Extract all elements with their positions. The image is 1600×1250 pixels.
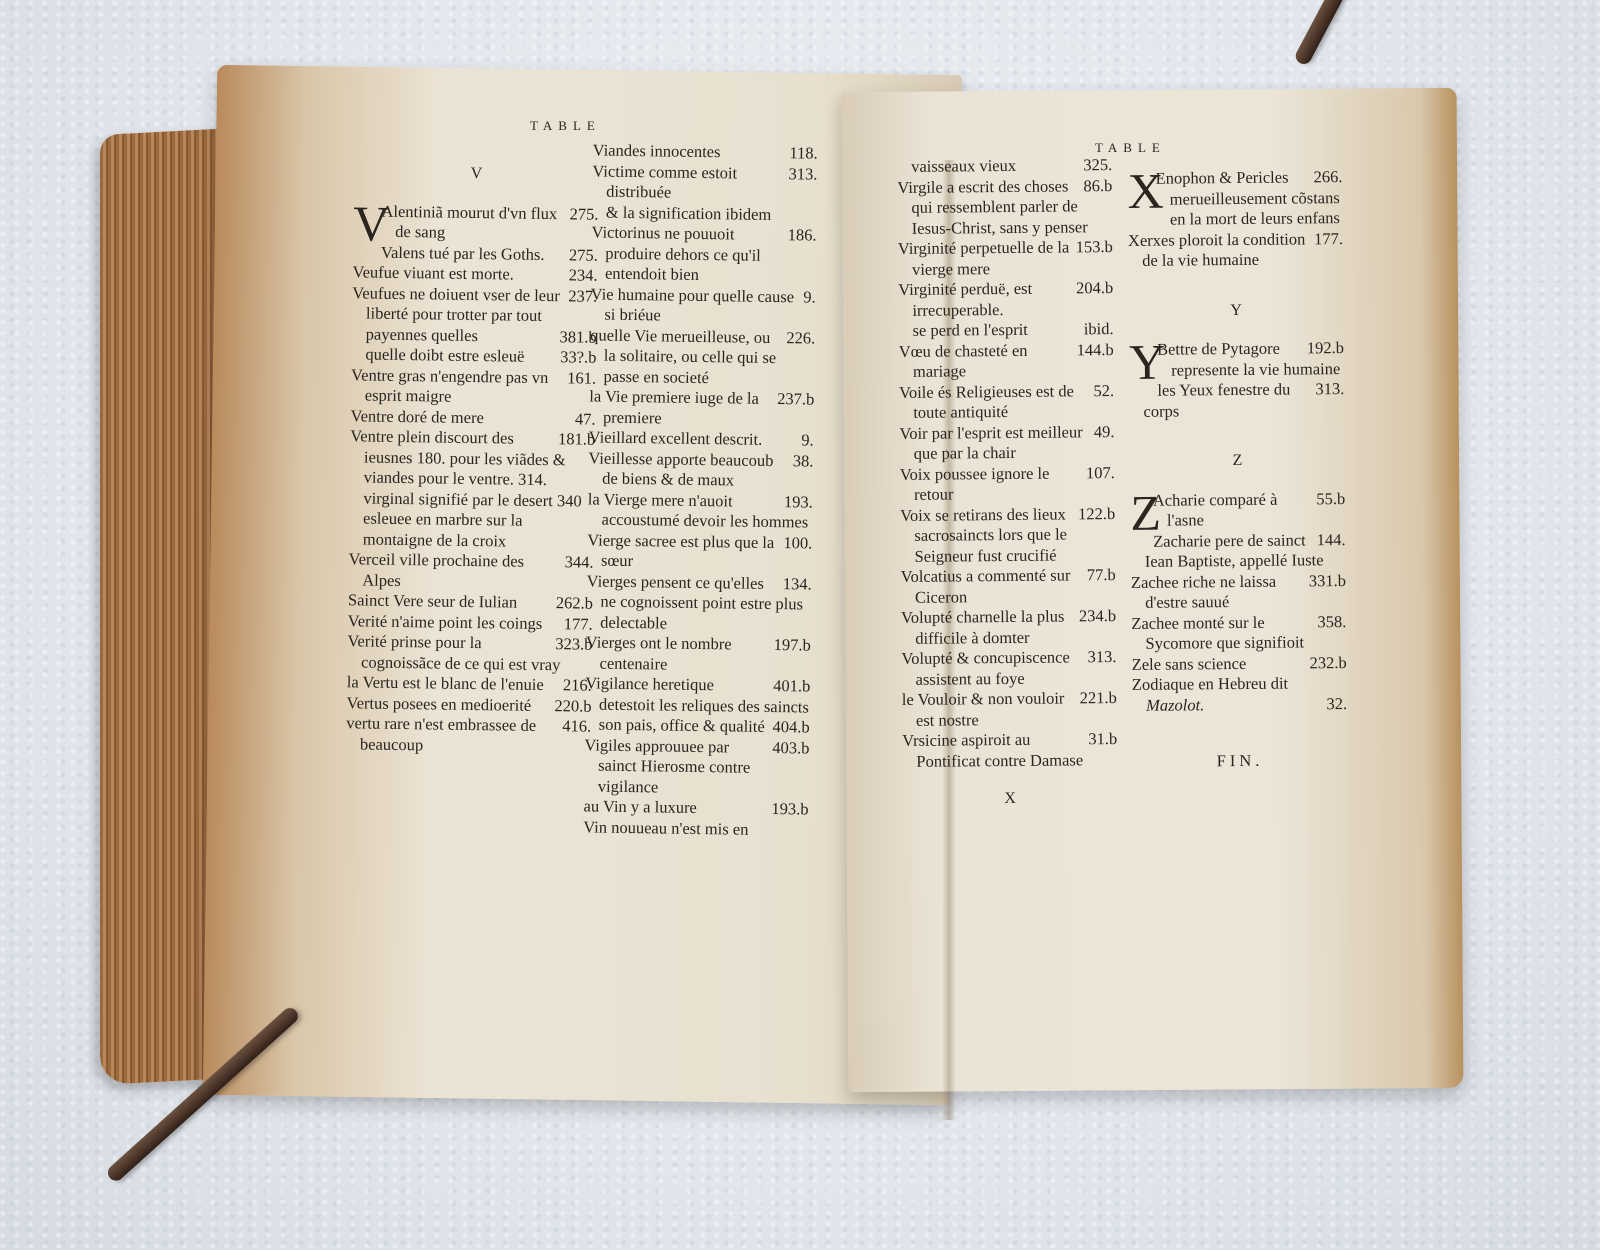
index-entry: X266.Enophon & Pericles merueilleusement…: [1127, 167, 1343, 230]
page-reference: 52.: [1093, 381, 1114, 402]
index-entry: 325.vaisseaux vieux: [897, 155, 1112, 177]
entry-text: se perd en l'esprit: [913, 320, 1028, 340]
entry-text: Vertus posees en medioerité: [346, 693, 531, 715]
page-reference: 144.: [1317, 530, 1346, 551]
page-reference: 55.b: [1316, 489, 1345, 510]
index-entry: 122.bVoix se retirans des lieux sacrosai…: [900, 504, 1116, 567]
index-entry: 358.Zachee monté sur le Sycomore que sig…: [1131, 612, 1346, 655]
index-entries: V275.Alentiniã mourut d'vn flux de sang2…: [346, 201, 599, 758]
entry-text: Zele sans science: [1132, 653, 1247, 673]
index-entry: 107.Voix poussee ignore le retour: [900, 463, 1115, 506]
page-reference: 177.: [1314, 229, 1343, 250]
right-page-column-2: X266.Enophon & Pericles merueilleusement…: [1127, 167, 1347, 772]
page-reference: 226.: [786, 328, 815, 349]
index-entry: 323.bVerité prinse pour la cognoissãce d…: [347, 631, 593, 675]
index-entry: 100.Vierge sacree est plus que la sœur: [587, 530, 813, 574]
index-entry: 237.bla Vie premiere iuge de la premiere: [589, 386, 815, 430]
entry-text: Alentiniã mourut d'vn flux de sang: [381, 201, 557, 241]
entry-text: & la signification ibidem: [606, 202, 772, 223]
index-entry: 237.Veufues ne doiuent vser de leur libe…: [352, 283, 598, 327]
entry-text: Volupté & concupiscence assistent au foy…: [901, 647, 1069, 688]
page-reference: 403.b: [772, 738, 809, 759]
entry-text: vaisseaux vieux: [911, 156, 1016, 176]
index-entry: 416.vertu rare n'est embrassee de beauco…: [346, 713, 592, 757]
entry-text: Ventre gras n'engendre pas vn esprit mai…: [351, 365, 548, 406]
entry-text: la Vertu est le blanc de l'enuie: [347, 672, 544, 694]
closing-fin: FIN.: [1132, 750, 1347, 772]
entry-text: Vierge sacree est plus que la sœur: [587, 530, 774, 570]
page-reference: 122.b: [1078, 504, 1115, 525]
entry-text: Victime comme estoit distribuée: [592, 161, 737, 202]
index-entry: 134.Vierges pensent ce qu'elles ne cogno…: [586, 571, 812, 636]
index-entry: 313.Victime comme estoit distribuée: [592, 161, 818, 205]
page-reference: 32.: [1326, 694, 1347, 715]
page-reference: 331.b: [1309, 571, 1346, 592]
y-entries: Y192.bBettre de Pytagore represente la v…: [1129, 338, 1345, 422]
entry-text: Voix se retirans des lieux sacrosaincts …: [900, 504, 1067, 565]
entry-text: Veufue viuant est morte.: [352, 262, 514, 283]
entry-text: Vieillesse apporte beaucoub de biens & d…: [588, 448, 773, 490]
page-reference: 107.: [1086, 463, 1115, 484]
index-entry: V275.Alentiniã mourut d'vn flux de sang: [353, 201, 599, 245]
index-entries: 325.vaisseaux vieux86.bVirgile a escrit …: [897, 155, 1117, 772]
index-entry: 77.bVolcatius a commenté sur Ciceron: [901, 565, 1116, 608]
index-entry: 38.Vieillesse apporte beaucoub de biens …: [588, 448, 814, 492]
page-reference: 38.: [793, 451, 814, 472]
entry-text: Zodiaque en Hebreu dit: [1132, 674, 1288, 694]
entry-text: Verité prinse pour la cognoissãce de ce …: [347, 631, 560, 673]
entry-text: Enophon & Pericles merueilleusement cõst…: [1155, 168, 1340, 229]
entry-text: Victorinus ne pouuoit produire dehors ce…: [591, 222, 761, 284]
page-reference: 237.b: [777, 389, 814, 410]
entry-text: Vin nouueau n'est mis en: [583, 817, 748, 838]
index-entry: 313.Volupté & concupiscence assistent au…: [901, 647, 1116, 690]
index-entry: 186.Victorinus ne pouuoit produire dehor…: [591, 222, 817, 287]
page-reference: 192.b: [1307, 338, 1344, 359]
right-page-column-1: 325.vaisseaux vieux86.bVirgile a escrit …: [897, 155, 1118, 828]
section-letter-x: X: [903, 788, 1118, 810]
page-reference: 153.b: [1076, 237, 1113, 258]
index-entry: Zodiaque en Hebreu dit: [1132, 673, 1347, 695]
right-running-head: TABLE: [1095, 140, 1166, 156]
index-entry: 181.bVentre plein discourt des ieusnes 1…: [349, 426, 596, 552]
entry-text: Valens tué par les Goths.: [381, 242, 545, 263]
entry-text: Vierges ont le nombre centenaire: [586, 632, 732, 673]
entry-text: la Vierge mere n'auoit accoustumé devoir…: [588, 489, 809, 532]
index-entry: 32.Mazolot.: [1132, 694, 1347, 716]
index-entry: 401.bVigilance heretique detestoit les r…: [585, 673, 811, 717]
left-page-column-2: 118.Viandes innocentes313.Victime comme …: [583, 140, 818, 840]
page-reference: 49.: [1094, 422, 1115, 443]
index-entry: 221.ble Vouloir & non vouloir est nostre: [902, 688, 1117, 731]
page-reference: 325.: [1083, 155, 1112, 176]
index-entry: 344.Verceil ville prochaine des Alpes: [348, 549, 594, 593]
page-reference: 313.: [1087, 647, 1116, 668]
entry-text: la Vie premiere iuge de la premiere: [589, 386, 759, 427]
entry-text: Acharie comparé à l'asne: [1153, 489, 1278, 529]
left-page-column-1: V V275.Alentiniã mourut d'vn flux de san…: [346, 156, 599, 757]
entry-text: le Vouloir & non vouloir est nostre: [902, 689, 1065, 730]
entry-text: quelle Vie merueilleuse, ou la solitaire…: [590, 325, 776, 387]
entry-text: Zacharie pere de sainct Iean Baptiste, a…: [1145, 530, 1324, 571]
left-running-head: TABLE: [530, 118, 601, 134]
page-reference: 77.b: [1087, 565, 1116, 586]
page-reference: 193.b: [771, 799, 808, 820]
index-entry: 86.bVirgile a escrit des choses qui ress…: [897, 176, 1113, 239]
page-reference: 221.b: [1080, 688, 1117, 709]
entry-text: Vierges pensent ce qu'elles ne cognoisse…: [587, 571, 804, 632]
index-entry: 197.bVierges ont le nombre centenaire: [585, 632, 811, 676]
entry-text: Verceil ville prochaine des Alpes: [348, 549, 524, 589]
index-entry: Z55.bAcharie comparé à l'asne: [1130, 489, 1345, 532]
page-reference: 9.: [801, 430, 814, 451]
index-entry: Vin nouueau n'est mis en: [583, 817, 808, 841]
page-reference: 197.b: [774, 635, 811, 656]
index-entry: 177.Xerxes ploroit la condition de la vi…: [1128, 229, 1343, 272]
page-reference: 358.: [1317, 612, 1346, 633]
entry-text: Voir par l'esprit est meilleur que par l…: [899, 422, 1082, 463]
index-entry: Y192.bBettre de Pytagore represente la v…: [1129, 338, 1344, 381]
index-entry: 226.quelle Vie merueilleuse, ou la solit…: [589, 325, 815, 390]
entry-text: Zachee monté sur le Sycomore que signifi…: [1131, 612, 1304, 653]
index-entries: 118.Viandes innocentes313.Victime comme …: [583, 140, 818, 840]
entry-text: Virginité perpetuelle de la vierge mere: [898, 237, 1070, 278]
entry-text: Volupté charnelle la plus difficile à do…: [901, 607, 1064, 648]
index-entry: 144.bVœu de chasteté en mariage: [899, 340, 1114, 383]
index-entry: ibid.se perd en l'esprit: [899, 319, 1114, 341]
page-reference: 313.: [1315, 379, 1344, 400]
entry-text: quelle doibt estre esleuë: [365, 344, 524, 365]
index-entry: 193.la Vierge mere n'auoit accoustumé de…: [587, 489, 813, 533]
entry-text: Vie humaine pour quelle cause si briéue: [591, 284, 795, 324]
index-entry: 313.les Yeux fenestre du corps: [1129, 379, 1344, 422]
entry-text: payennes quelles: [366, 324, 479, 345]
page-reference: 134.: [783, 574, 812, 595]
index-entry: 52.Voile és Religieuses est de toute ant…: [899, 381, 1114, 424]
entry-text: son pais, office & qualité: [599, 715, 765, 736]
entry-text: Veufues ne doiuent vser de leur liberté …: [352, 283, 560, 325]
index-entry: 161.Ventre gras n'engendre pas vn esprit…: [351, 365, 597, 409]
index-entry: 144.Zacharie pere de sainct Iean Baptist…: [1131, 530, 1346, 573]
entry-text: Mazolot.: [1146, 695, 1204, 715]
section-letter-v: V: [354, 162, 599, 186]
page-reference: 193.: [784, 492, 813, 513]
entry-text: Vieillard excellent descrit.: [589, 427, 763, 448]
entry-text: Vrsicine aspiroit au Pontificat contre D…: [902, 730, 1083, 770]
section-letter-y: Y: [1129, 300, 1344, 322]
entry-text: Sainct Vere seur de Iulian: [348, 590, 517, 611]
page-reference: 404.b: [772, 717, 809, 738]
index-entry: 234.bVolupté charnelle la plus difficile…: [901, 606, 1116, 649]
index-entry: 9.Vie humaine pour quelle cause si briéu…: [590, 284, 816, 328]
index-entry: 204.bVirginité perduë, est irrecuperable…: [898, 278, 1113, 321]
entry-text: Viandes innocentes: [593, 140, 721, 161]
entry-text: Vœu de chasteté en mariage: [899, 340, 1028, 380]
entry-text: Ventre plein discourt des ieusnes 180. p…: [350, 426, 582, 550]
page-reference: 144.b: [1077, 340, 1114, 361]
page-reference: 232.b: [1309, 653, 1346, 674]
page-reference: 186.: [788, 225, 817, 246]
entry-text: Verité n'aime point les coings: [348, 611, 543, 633]
section-letter-z: Z: [1130, 450, 1345, 472]
index-entry: 153.bVirginité perpetuelle de la vierge …: [898, 237, 1113, 280]
entry-text: Virgile a escrit des choses qui ressembl…: [897, 176, 1088, 237]
entry-text: Volcatius a commenté sur Ciceron: [901, 565, 1071, 606]
x-entries: X266.Enophon & Pericles merueilleusement…: [1127, 167, 1343, 271]
entry-text: Vigiles approuuee par sainct Hierosme co…: [584, 735, 750, 796]
page-reference: 313.: [788, 164, 817, 185]
entry-text: au Vin y a luxure: [583, 796, 697, 817]
entry-text: Voix poussee ignore le retour: [900, 463, 1050, 504]
index-entry: 232.bZele sans science: [1132, 653, 1347, 675]
page-reference: 86.b: [1083, 176, 1112, 197]
index-entry: 31.bVrsicine aspiroit au Pontificat cont…: [902, 729, 1117, 772]
entry-text: les Yeux fenestre du corps: [1143, 380, 1290, 421]
page-reference: 100.: [783, 533, 812, 554]
page-reference: 204.b: [1076, 278, 1113, 299]
page-reference: 401.b: [773, 676, 810, 697]
index-entry: 403.bVigiles approuuee par sainct Hieros…: [584, 735, 810, 800]
page-reference: 118.: [789, 143, 818, 164]
page-reference: ibid.: [1084, 319, 1114, 340]
index-entry: 331.bZachee riche ne laissa d'estre sauu…: [1131, 571, 1346, 614]
page-reference: 266.: [1313, 167, 1342, 188]
z-entries: Z55.bAcharie comparé à l'asne144.Zachari…: [1130, 489, 1347, 716]
entry-text: Virginité perduë, est irrecuperable.: [898, 279, 1032, 320]
page-reference: 234.b: [1079, 606, 1116, 627]
entry-text: Voile és Religieuses est de toute antiqu…: [899, 381, 1074, 422]
page-reference: 31.b: [1088, 729, 1117, 750]
entry-text: Ventre doré de mere: [350, 406, 484, 427]
entry-text: Zachee riche ne laissa d'estre sauué: [1131, 571, 1276, 612]
index-entry: 49.Voir par l'esprit est meilleur que pa…: [899, 422, 1114, 465]
page-reference: 9.: [803, 287, 816, 308]
entry-text: Xerxes ploroit la condition de la vie hu…: [1128, 229, 1306, 270]
entry-text: vertu rare n'est embrassee de beaucoup: [346, 713, 536, 754]
